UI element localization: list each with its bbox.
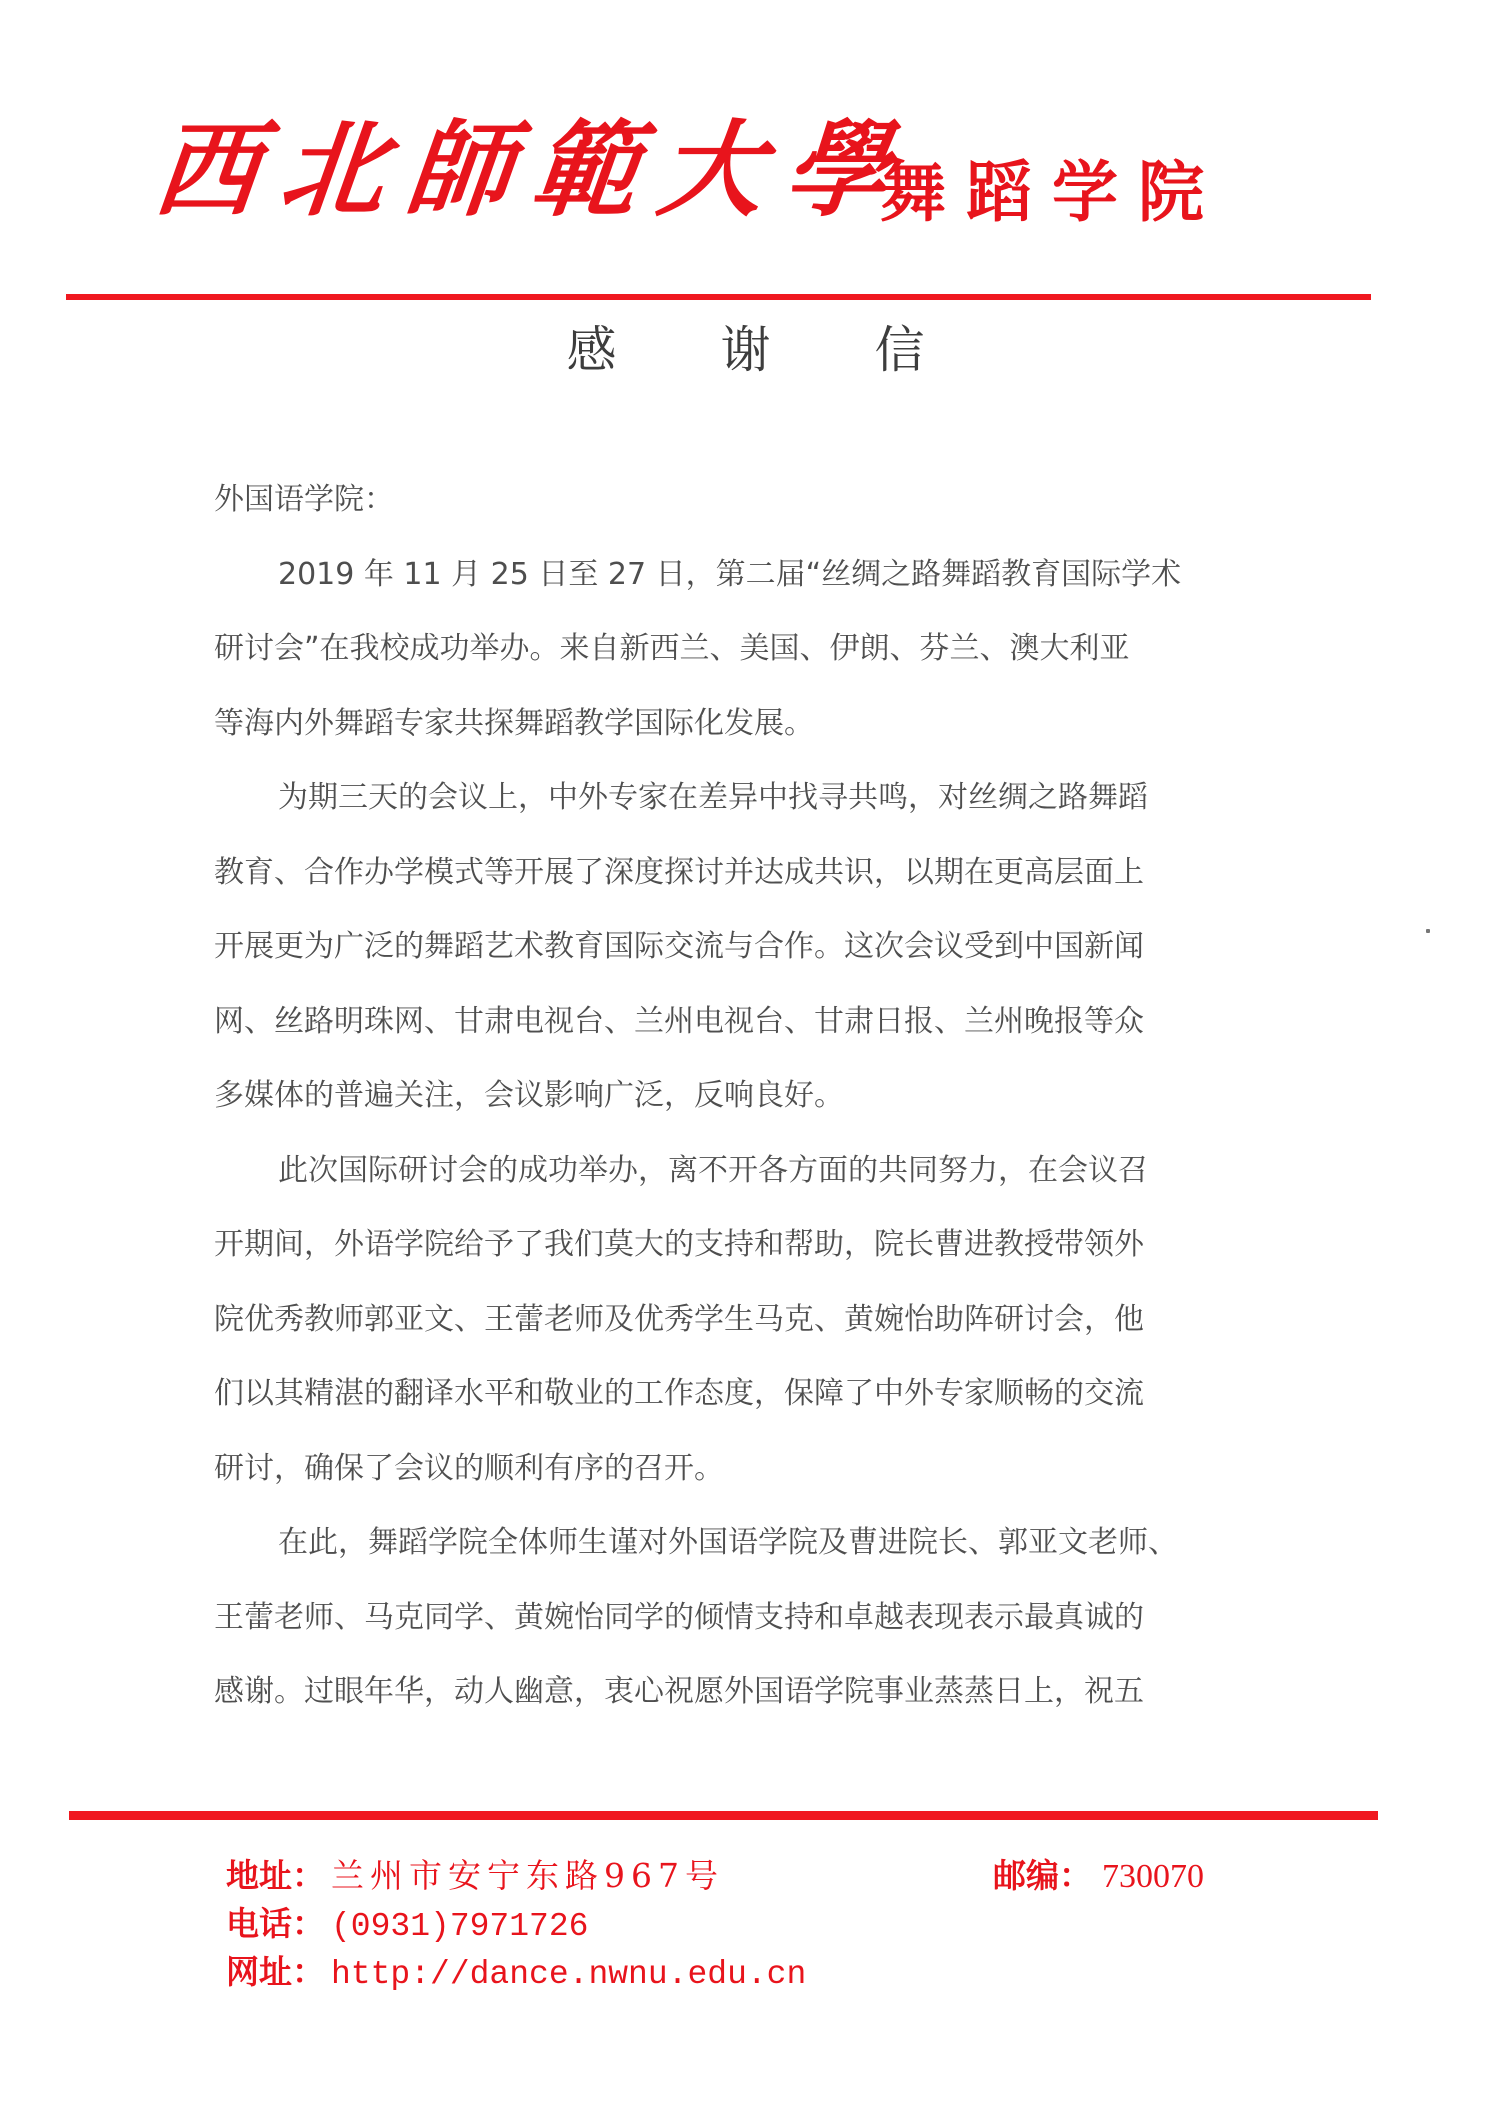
text-line: 此次国际研讨会的成功举办，离不开各方面的共同努力，在会议召 <box>214 1134 1274 1209</box>
address-label: 地址： <box>226 1856 325 1895</box>
text-line: 研讨会”在我校成功举办。来自新西兰、美国、伊朗、芬兰、澳大利亚 <box>214 612 1274 687</box>
text-line: 们以其精湛的翻译水平和敬业的工作态度，保障了中外专家顺畅的交流 <box>214 1357 1274 1432</box>
phone-label: 电话： <box>226 1904 325 1943</box>
text-line: 院优秀教师郭亚文、王蕾老师及优秀学生马克、黄婉怡助阵研讨会，他 <box>214 1283 1274 1358</box>
title-char: 感 <box>567 320 617 380</box>
title-char: 信 <box>875 320 925 380</box>
website-row: 网址：http://dance.nwnu.edu.cn <box>226 1948 806 1996</box>
text-line: 多媒体的普遍关注，会议影响广泛，反响良好。 <box>214 1059 1274 1134</box>
postcode-value: 730070 <box>1102 1858 1204 1895</box>
website-link[interactable]: http://dance.nwnu.edu.cn <box>331 1956 806 1993</box>
text-line: 开展更为广泛的舞蹈艺术教育国际交流与合作。这次会议受到中国新闻 <box>214 910 1274 985</box>
paragraph-3: 此次国际研讨会的成功举办，离不开各方面的共同努力，在会议召 开期间，外语学院给予… <box>214 1134 1274 1507</box>
paragraph-2: 为期三天的会议上，中外专家在差异中找寻共鸣，对丝绸之路舞蹈 教育、合作办学模式等… <box>214 761 1274 1134</box>
text-line: 开期间，外语学院给予了我们莫大的支持和帮助，院长曹进教授带领外 <box>214 1208 1274 1283</box>
text-line: 在此，舞蹈学院全体师生谨对外国语学院及曹进院长、郭亚文老师、 <box>214 1506 1274 1581</box>
text-line: 为期三天的会议上，中外专家在差异中找寻共鸣，对丝绸之路舞蹈 <box>214 761 1274 836</box>
paragraph-1: 2019 年 11 月 25 日至 27 日，第二届“丝绸之路舞蹈教育国际学术 … <box>214 538 1274 762</box>
website-label: 网址： <box>226 1952 325 1991</box>
address-value: 兰州市安宁东路967号 <box>331 1856 724 1895</box>
text-line: 2019 年 11 月 25 日至 27 日，第二届“丝绸之路舞蹈教育国际学术 <box>214 538 1274 613</box>
text-line: 王蕾老师、马克同学、黄婉怡同学的倾情支持和卓越表现表示最真诚的 <box>214 1581 1274 1656</box>
text-line: 教育、合作办学模式等开展了深度探讨并达成共识，以期在更高层面上 <box>214 836 1274 911</box>
phone-row: 电话：(0931)7971726 <box>226 1900 806 1948</box>
letter-body: 外国语学院： 2019 年 11 月 25 日至 27 日，第二届“丝绸之路舞蹈… <box>214 463 1274 1730</box>
phone-value: (0931)7971726 <box>331 1908 588 1945</box>
title-char: 谢 <box>721 320 771 380</box>
text-line: 网、丝路明珠网、甘肃电视台、兰州电视台、甘肃日报、兰州晚报等众 <box>214 985 1274 1060</box>
postcode-label: 邮编： <box>993 1856 1092 1895</box>
header-divider <box>66 294 1371 300</box>
address-row: 地址：兰州市安宁东路967号 <box>226 1852 806 1900</box>
text-line: 感谢。过眼年华，动人幽意，衷心祝愿外国语学院事业蒸蒸日上，祝五 <box>214 1655 1274 1730</box>
letterhead: 西北師範大學 舞蹈学院 <box>0 0 1491 300</box>
paragraph-4: 在此，舞蹈学院全体师生谨对外国语学院及曹进院长、郭亚文老师、 王蕾老师、马克同学… <box>214 1506 1274 1730</box>
footer-divider <box>69 1811 1378 1820</box>
salutation: 外国语学院： <box>214 463 1274 538</box>
text-line: 研讨，确保了会议的顺利有序的召开。 <box>214 1432 1274 1507</box>
university-name-calligraphy: 西北師範大學 <box>150 118 917 222</box>
text-line: 等海内外舞蹈专家共探舞蹈教学国际化发展。 <box>214 687 1274 762</box>
postcode-row: 邮编：730070 <box>993 1852 1204 1900</box>
document-title: 感谢信 <box>0 320 1491 380</box>
scan-speck <box>1426 929 1430 933</box>
footer-contact: 地址：兰州市安宁东路967号 电话：(0931)7971726 网址：http:… <box>226 1852 806 1996</box>
college-name: 舞蹈学院 <box>880 160 1224 226</box>
